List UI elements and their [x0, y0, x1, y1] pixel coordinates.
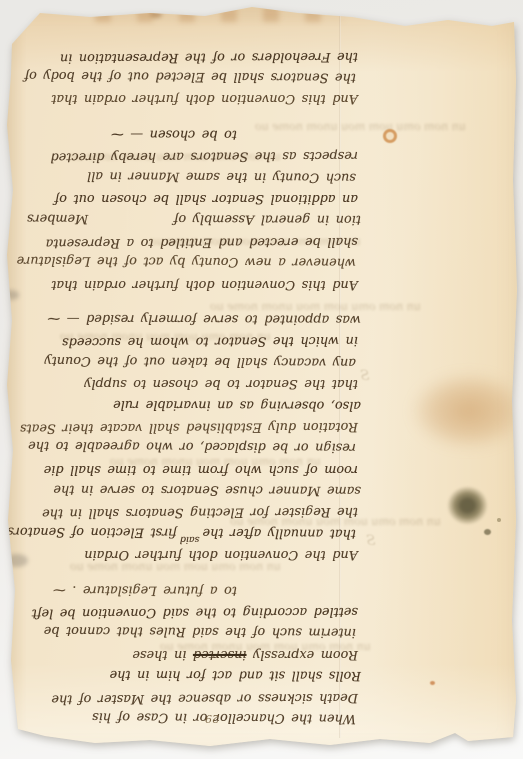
- manuscript-line: the Freeholders or of the Representation…: [14, 42, 358, 65]
- manuscript-line: shall be erected and Entitled to a Repre…: [14, 227, 358, 250]
- manuscript-line-with-interlineation: that annually after thesaidfirst Electio…: [12, 517, 356, 540]
- manuscript-line: to a future Legislature . ⁓: [17, 575, 237, 597]
- struck-out-word: inserted: [193, 647, 247, 662]
- manuscript-line: And this Convention doth further ordain …: [14, 85, 358, 106]
- manuscript-line: any vacancy shall be taken out of the Co…: [12, 346, 356, 369]
- show-through-curl: S: [366, 533, 376, 549]
- dark-ink-blot: [447, 486, 488, 525]
- interlined-word: said: [180, 534, 200, 545]
- line-text: in these: [132, 647, 186, 662]
- manuscript-line-with-strikethrough: Room expressly inserted in these: [14, 640, 358, 661]
- manuscript-line: room of such who from time to time shall…: [14, 455, 358, 476]
- show-through-curl: S: [360, 368, 370, 384]
- blot-speck: [497, 518, 501, 522]
- manuscript-line: respects as the Senators are hereby dire…: [14, 142, 358, 165]
- manuscript-line: same Manner chuse Senators to serve in t…: [17, 476, 361, 499]
- manuscript-paper-wrap: un nom omu uom mou unom nome uo un nom o…: [0, 0, 523, 759]
- manuscript-line: an additional Senator shall be chosen ou…: [14, 185, 358, 206]
- manuscript-page: un nom omu uom mou unom nome uo un nom o…: [0, 0, 523, 759]
- handwritten-text-block-rotated-180: When the Chancellor or in Case of his De…: [14, 44, 358, 726]
- manuscript-line: that the Senator to be chosen to supply: [14, 370, 358, 391]
- manuscript-line: And this Convention doth further ordain …: [14, 270, 358, 291]
- manuscript-line: to be chosen — ⁓: [17, 120, 237, 142]
- page-number: 29: [205, 712, 219, 725]
- manuscript-line: Rolls shall sit and act for him in the: [17, 661, 361, 684]
- manuscript-line: such County in the same Manner in all: [12, 161, 356, 184]
- line-text-right: Members: [27, 205, 88, 227]
- line-text: first Election of Senators: [7, 524, 177, 540]
- line-text: tion in general Assembly of: [174, 205, 361, 227]
- foxing-dot: [430, 681, 435, 685]
- photo-backdrop: un nom omu uom mou unom nome uo un nom o…: [0, 0, 523, 759]
- manuscript-line: in which the Senator to whom he succeeds: [14, 327, 358, 350]
- browned-top-edge: [95, 6, 345, 22]
- manuscript-line: settled according to the said Convention…: [14, 598, 358, 621]
- edge-smudge: [150, 11, 162, 18]
- manuscript-line: the Register for Electing Senators shall…: [14, 498, 358, 521]
- rust-fleck: [383, 129, 397, 143]
- line-text: Room expressly: [253, 647, 358, 662]
- manuscript-line-with-blank-gap: tion in general Assembly ofMembers: [17, 205, 361, 228]
- tan-water-stain: [410, 372, 523, 450]
- manuscript-line: Rotation duly Established shall vacate t…: [14, 413, 358, 436]
- line-text: that annually after the: [203, 525, 357, 541]
- blot-speck: [484, 529, 491, 535]
- manuscript-line: also, observing as an invariable rule: [17, 390, 361, 413]
- aged-right-margin: [373, 0, 523, 759]
- manuscript-line: was appointed to serve formerly resided …: [17, 304, 361, 327]
- manuscript-line: Death sickness or absence the Master of …: [14, 683, 358, 706]
